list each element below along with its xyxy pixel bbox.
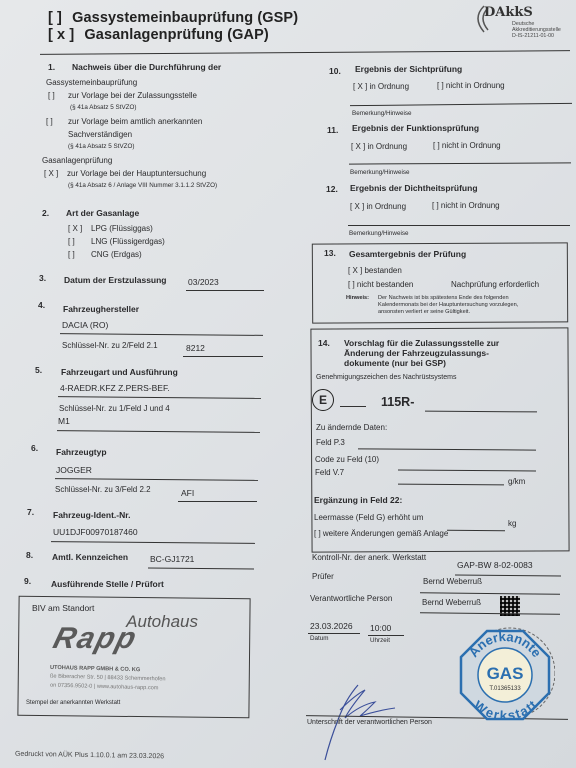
approval-mark-label: Genehmigungszeichen des Nachrüstsystems bbox=[316, 374, 456, 381]
tester-label: Prüfer bbox=[312, 572, 334, 581]
s4-key-underline bbox=[183, 356, 263, 357]
s1-gap-label: Gasanlagenprüfung bbox=[42, 156, 112, 165]
s6-number: 6. bbox=[31, 443, 38, 453]
s6-title: Fahrzeugtyp bbox=[56, 447, 107, 457]
s7-number: 7. bbox=[27, 507, 34, 517]
control-number-value: GAP-BW 8-02-0083 bbox=[457, 560, 533, 570]
s13-note-line1: Der Nachweis ist bis spätestens Ende des… bbox=[378, 295, 509, 301]
s14-title-line1: Vorschlag für die Zulassungsstelle zur bbox=[344, 338, 499, 348]
dakks-name: DAkkS bbox=[484, 5, 533, 20]
gap-checkbox[interactable]: [ x ] bbox=[48, 27, 74, 43]
seal-center-text: GAS bbox=[487, 664, 524, 683]
date-underline bbox=[308, 633, 360, 634]
lng-label: LNG (Flüssigerdgas) bbox=[91, 237, 165, 246]
header-divider bbox=[40, 50, 570, 55]
s13-title: Gesamtergebnis der Prüfung bbox=[349, 249, 466, 259]
s1-opt3-ref: (§ 41a Absatz 6 / Anlage VIII Nummer 3.1… bbox=[68, 182, 217, 189]
autohaus-rapp-logo: Autohaus Rapp bbox=[48, 612, 198, 662]
vin-field[interactable]: UU1DJF00970187460 bbox=[53, 527, 138, 537]
s6-underline bbox=[55, 478, 258, 481]
time-field[interactable]: 10:00 bbox=[370, 623, 391, 633]
signature-label: Unterschrift der verantwortlichen Person bbox=[307, 719, 432, 726]
field-p3-label: Feld P.3 bbox=[316, 438, 345, 447]
overall-passed[interactable]: [ X ] bestanden bbox=[348, 266, 402, 275]
s6-key-underline bbox=[178, 501, 257, 502]
s13-note-label: Hinweis: bbox=[346, 295, 369, 301]
dakks-line3: D-IS-21211-01-00 bbox=[512, 33, 554, 39]
e-mark-letter: E bbox=[319, 393, 327, 407]
s1-opt2-label2: Sachverständigen bbox=[68, 130, 132, 139]
further-changes-checkbox[interactable]: [ ] weitere Änderungen gemäß Anlage bbox=[314, 529, 448, 538]
field-v7-label: Feld V.7 bbox=[315, 468, 344, 477]
gkm-unit: g/km bbox=[508, 477, 525, 486]
e-mark-country-line bbox=[340, 406, 366, 407]
logo-rapp-text: Rapp bbox=[49, 622, 141, 656]
s10-number: 10. bbox=[329, 66, 341, 76]
s1-title: Nachweis über die Durchführung der bbox=[72, 62, 221, 72]
data-to-change-label: Zu ändernde Daten: bbox=[316, 423, 387, 432]
gsp-checkbox[interactable]: [ ] bbox=[48, 10, 62, 26]
function-check-not-ok[interactable]: [ ] nicht in Ordnung bbox=[433, 141, 501, 150]
s1-opt2-label: zur Vorlage beim amtlich anerkannten bbox=[68, 117, 202, 126]
s11-number: 11. bbox=[327, 125, 338, 135]
s9-number: 9. bbox=[24, 576, 31, 586]
s10-remark-line bbox=[350, 103, 572, 106]
tester-field[interactable]: Bernd Weberruß bbox=[423, 577, 482, 586]
s11-remark-label: Bemerkung/Hinweise bbox=[350, 169, 410, 176]
gsp-title: Gassystemeinbauprüfung (GSP) bbox=[72, 10, 298, 26]
s14-number: 14. bbox=[318, 338, 330, 348]
recheck-required: Nachprüfung erforderlich bbox=[451, 280, 539, 289]
s12-number: 12. bbox=[326, 184, 338, 194]
s4-number: 4. bbox=[38, 300, 45, 310]
manufacturer-key-field[interactable]: 8212 bbox=[186, 343, 205, 353]
vehicle-type-field[interactable]: JOGGER bbox=[56, 465, 92, 475]
s1-opt3-label: zur Vorlage bei der Hauptuntersuchung bbox=[67, 169, 206, 178]
gap-title: Gasanlagenprüfung (GAP) bbox=[84, 27, 268, 43]
lng-checkbox[interactable]: [ ] bbox=[68, 237, 75, 246]
s2-number: 2. bbox=[42, 208, 49, 218]
s5-underline bbox=[58, 396, 261, 399]
supplement-title: Ergänzung in Feld 22: bbox=[314, 495, 402, 505]
s8-title: Amtl. Kennzeichen bbox=[52, 552, 128, 562]
lpg-checkbox[interactable]: [ X ] bbox=[68, 224, 82, 233]
s2-title: Art der Gasanlage bbox=[66, 208, 139, 218]
date-field[interactable]: 23.03.2026 bbox=[310, 621, 353, 631]
s9-title: Ausführende Stelle / Prüfort bbox=[51, 579, 164, 589]
s4-title: Fahrzeughersteller bbox=[63, 304, 139, 314]
seal-number: T.01365133 bbox=[489, 686, 521, 692]
s8-number: 8. bbox=[26, 550, 33, 560]
s6-key-label: Schlüssel-Nr. zu 3/Feld 2.2 bbox=[55, 485, 151, 494]
s4-key-label: Schlüssel-Nr. zu 2/Feld 2.1 bbox=[62, 341, 158, 350]
s5-title: Fahrzeugart und Ausführung bbox=[61, 367, 178, 377]
kg-unit: kg bbox=[508, 519, 516, 528]
s3-number: 3. bbox=[39, 273, 46, 283]
empty-mass-label: Leermasse (Feld G) erhöht um bbox=[314, 513, 423, 522]
s10-title: Ergebnis der Sichtprüfung bbox=[355, 64, 462, 74]
s1-opt2-checkbox[interactable]: [ ] bbox=[46, 117, 53, 126]
s4-underline bbox=[60, 333, 263, 336]
cng-label: CNG (Erdgas) bbox=[91, 250, 142, 259]
vehicle-class-key-field[interactable]: M1 bbox=[58, 416, 70, 426]
stamp-caption: Stempel der anerkannten Werkstatt bbox=[26, 700, 120, 706]
s1-opt2-ref: (§ 41a Absatz 5 StVZO) bbox=[68, 143, 135, 150]
s1-opt1-ref: (§ 41a Absatz 5 StVZO) bbox=[70, 104, 137, 111]
s14-title-line2: Änderung der Fahrzeugzulassungs- bbox=[344, 348, 489, 358]
s3-title: Datum der Erstzulassung bbox=[64, 275, 167, 285]
leak-check-not-ok[interactable]: [ ] nicht in Ordnung bbox=[432, 201, 500, 210]
s12-remark-line bbox=[348, 225, 570, 226]
s3-underline bbox=[186, 290, 264, 291]
s14-title-line3: dokumente (nur bei GSP) bbox=[344, 358, 446, 368]
s10-remark-label: Bemerkung/Hinweise bbox=[352, 110, 412, 117]
visual-check-ok[interactable]: [ X ] in Ordnung bbox=[353, 82, 409, 91]
responsible-person-label: Verantwortliche Person bbox=[310, 594, 392, 603]
s7-title: Fahrzeug-Ident.-Nr. bbox=[53, 510, 130, 520]
s5-number: 5. bbox=[35, 365, 42, 375]
responsible-underline bbox=[420, 612, 560, 614]
leak-check-ok[interactable]: [ X ] in Ordnung bbox=[350, 202, 406, 211]
s1-number: 1. bbox=[48, 62, 55, 72]
license-plate-field[interactable]: BC-GJ1721 bbox=[150, 554, 194, 564]
s8-underline bbox=[148, 568, 254, 570]
s13-note-line3: ansonsten verliert er seine Gültigkeit. bbox=[378, 309, 470, 315]
first-registration-field[interactable]: 03/2023 bbox=[188, 277, 219, 287]
control-number-label: Kontroll-Nr. der anerk. Werkstatt bbox=[312, 553, 426, 562]
s1-opt1-checkbox[interactable]: [ ] bbox=[48, 91, 55, 100]
vehicle-type-key-field[interactable]: AFI bbox=[181, 488, 194, 498]
tester-underline bbox=[420, 592, 560, 594]
gsp-checkbox-row: [ ] Gassystemeinbauprüfung (GSP) bbox=[48, 10, 298, 26]
responsible-person-field[interactable]: Bernd Weberruß bbox=[422, 598, 481, 607]
date-label: Datum bbox=[310, 635, 329, 642]
s7-underline bbox=[51, 541, 255, 544]
function-check-ok[interactable]: [ X ] in Ordnung bbox=[351, 142, 407, 151]
e-mark-icon: E bbox=[312, 389, 334, 411]
s5-key-underline bbox=[57, 430, 260, 433]
vehicle-class-field[interactable]: 4-RAEDR.KFZ Z.PERS-BEF. bbox=[60, 383, 170, 393]
regulation-number: 115R- bbox=[381, 395, 414, 409]
s11-remark-line bbox=[349, 162, 571, 164]
printed-by-note: Gedruckt von AÜK Plus 1.10.0.1 am 23.03.… bbox=[15, 751, 164, 761]
s1-opt1-label: zur Vorlage bei der Zulassungsstelle bbox=[68, 91, 197, 100]
s1-gsp-label: Gassystemeinbauprüfung bbox=[46, 78, 137, 87]
manufacturer-field[interactable]: DACIA (RO) bbox=[62, 320, 108, 330]
s12-title: Ergebnis der Dichtheitsprüfung bbox=[350, 183, 478, 193]
s1-opt3-checkbox[interactable]: [ X ] bbox=[44, 169, 58, 178]
gap-checkbox-row: [ x ] Gasanlagenprüfung (GAP) bbox=[48, 27, 269, 43]
time-underline bbox=[368, 635, 404, 636]
dakks-logo: DAkkS Deutsche Akkreditierungsstelle D-I… bbox=[470, 2, 576, 42]
code-field10-label: Code zu Feld (10) bbox=[315, 455, 379, 464]
lpg-label: LPG (Flüssiggas) bbox=[91, 224, 153, 233]
s11-title: Ergebnis der Funktionsprüfung bbox=[352, 123, 479, 133]
time-label: Uhrzeit bbox=[370, 637, 390, 644]
s12-remark-label: Bemerkung/Hinweise bbox=[349, 230, 409, 237]
visual-check-not-ok[interactable]: [ ] nicht in Ordnung bbox=[437, 81, 505, 90]
s13-number: 13. bbox=[324, 248, 336, 258]
overall-failed[interactable]: [ ] nicht bestanden bbox=[348, 280, 413, 289]
s13-note-line2: Kalendermonats bei der Hauptuntersuchung… bbox=[378, 302, 518, 308]
gas-workshop-seal-icon: Anerkannte Werkstatt GAS T.01365133 bbox=[455, 625, 555, 725]
cng-checkbox[interactable]: [ ] bbox=[68, 250, 75, 259]
s5-key-label: Schlüssel-Nr. zu 1/Feld J und 4 bbox=[59, 404, 170, 413]
